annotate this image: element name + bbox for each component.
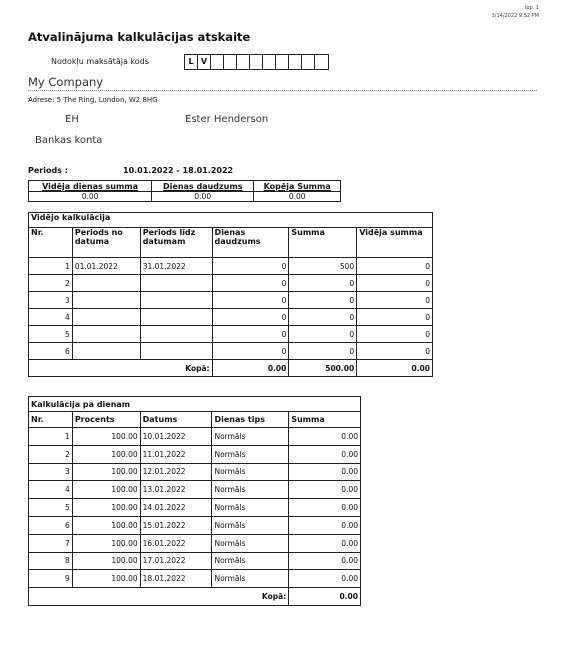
total-value: 0.00 [212, 360, 289, 377]
tax-code-box [237, 55, 250, 69]
table-cell: 0 [212, 309, 289, 326]
table-cell: 0 [357, 275, 433, 292]
column-header: Dienas daudzums [212, 228, 289, 258]
table-cell: Normāls [212, 481, 289, 499]
table-cell: Normāls [212, 499, 289, 517]
total-value: 0.00 [357, 360, 433, 377]
table-cell: Normāls [212, 463, 289, 481]
table-cell: 1 [29, 258, 73, 275]
table-row: 3000 [29, 292, 433, 309]
table-cell: 0.00 [289, 499, 361, 517]
table-cell: 0 [212, 343, 289, 360]
column-header: Nr. [29, 412, 73, 428]
table-cell [140, 292, 212, 309]
table-cell: 0 [289, 326, 357, 343]
bank-account-label: Bankas konta [35, 135, 102, 146]
tax-code-box [250, 55, 263, 69]
table-cell: 5 [29, 499, 73, 517]
table-cell [140, 309, 212, 326]
table-row: 6000 [29, 343, 433, 360]
table-cell: 8 [29, 552, 73, 570]
table-cell: 0.00 [289, 481, 361, 499]
summary-table: Vidēja dienas summa Dienas daudzums Kopē… [28, 180, 341, 202]
table-cell: 11.01.2022 [140, 445, 212, 463]
table-cell: 100.00 [72, 428, 140, 446]
table-cell: Normāls [212, 534, 289, 552]
table-cell: 0.00 [289, 534, 361, 552]
table-cell [72, 326, 140, 343]
column-header: Datums [140, 412, 212, 428]
total-label: Kopā: [29, 588, 289, 606]
table-cell: 0.00 [289, 570, 361, 588]
column-header: Vidēja summa [357, 228, 433, 258]
summary-header: Vidēja dienas summa [29, 181, 152, 192]
daily-calculation-table: Kalkulācija pa dienam Nr.ProcentsDatumsD… [28, 396, 361, 606]
table-cell: 17.01.2022 [140, 552, 212, 570]
table-row: 101.01.202231.01.202205000 [29, 258, 433, 275]
table-row: 8100.0017.01.2022Normāls0.00 [29, 552, 361, 570]
total-value: 500.00 [289, 360, 357, 377]
table-cell: 15.01.2022 [140, 516, 212, 534]
summary-value: 0.00 [152, 192, 254, 202]
summary-header: Kopēja Summa [254, 181, 341, 192]
dotted-divider [28, 90, 537, 91]
table-cell [72, 343, 140, 360]
table-cell: 18.01.2022 [140, 570, 212, 588]
table-cell [72, 292, 140, 309]
table-cell: 9 [29, 570, 73, 588]
table-cell: 100.00 [72, 534, 140, 552]
table-cell: 3 [29, 292, 73, 309]
print-timestamp: 3/14/2022 9:52 PM [492, 12, 539, 20]
table-cell: 100.00 [72, 499, 140, 517]
table-cell: Normāls [212, 570, 289, 588]
table-row: 4100.0013.01.2022Normāls0.00 [29, 481, 361, 499]
period-value: 10.01.2022 - 18.01.2022 [123, 166, 233, 175]
table-cell: 0 [289, 309, 357, 326]
table-cell: 500 [289, 258, 357, 275]
tax-code-box [224, 55, 237, 69]
table-cell: 0.00 [289, 516, 361, 534]
table-cell: 0 [357, 326, 433, 343]
section-title: Vidējo kalkulācija [29, 213, 433, 228]
table-cell: Normāls [212, 516, 289, 534]
table-cell: 0 [212, 326, 289, 343]
table-cell: 16.01.2022 [140, 534, 212, 552]
tax-code-box [276, 55, 289, 69]
column-header: Dienas tips [212, 412, 289, 428]
column-header: Summa [289, 228, 357, 258]
table-cell: 0 [357, 292, 433, 309]
table-cell: 01.01.2022 [72, 258, 140, 275]
table-cell: 1 [29, 428, 73, 446]
table-row: 9100.0018.01.2022Normāls0.00 [29, 570, 361, 588]
table-row: 3100.0012.01.2022Normāls0.00 [29, 463, 361, 481]
table-cell: 3 [29, 463, 73, 481]
table-cell: 14.01.2022 [140, 499, 212, 517]
tax-code-box: L [185, 55, 198, 69]
table-cell: 0 [289, 343, 357, 360]
table-cell: 100.00 [72, 481, 140, 499]
period-label: Periods : [28, 166, 68, 175]
column-header: Periods no datuma [72, 228, 140, 258]
table-cell: 100.00 [72, 516, 140, 534]
table-cell: 4 [29, 481, 73, 499]
table-cell: 100.00 [72, 463, 140, 481]
page-number: lpp. 1 [492, 4, 539, 12]
column-header: Procents [72, 412, 140, 428]
table-cell: 0 [357, 258, 433, 275]
table-cell: 0.00 [289, 463, 361, 481]
tax-code-box [302, 55, 315, 69]
table-cell: 2 [29, 275, 73, 292]
employee-initials: EH [65, 114, 79, 125]
table-cell: 7 [29, 534, 73, 552]
report-title: Atvalinājuma kalkulācijas atskaite [28, 30, 250, 44]
page-header: lpp. 1 3/14/2022 9:52 PM [492, 4, 539, 20]
table-row: 2100.0011.01.2022Normāls0.00 [29, 445, 361, 463]
summary-header: Dienas daudzums [152, 181, 254, 192]
table-cell: 0 [357, 309, 433, 326]
table-cell: Normāls [212, 552, 289, 570]
total-row: Kopā:0.00500.000.00 [29, 360, 433, 377]
table-cell: 100.00 [72, 445, 140, 463]
summary-value: 0.00 [254, 192, 341, 202]
section-title: Kalkulācija pa dienam [29, 397, 361, 412]
table-cell: 12.01.2022 [140, 463, 212, 481]
tax-code-label: Nodokļu maksātāja kods [51, 57, 149, 66]
table-cell: 0 [212, 275, 289, 292]
table-cell: 6 [29, 343, 73, 360]
table-row: 2000 [29, 275, 433, 292]
table-cell [140, 343, 212, 360]
table-cell: 10.01.2022 [140, 428, 212, 446]
table-row: 5000 [29, 326, 433, 343]
table-cell: Normāls [212, 445, 289, 463]
table-cell: 0 [357, 343, 433, 360]
table-cell: 100.00 [72, 552, 140, 570]
table-cell: 2 [29, 445, 73, 463]
table-cell: 5 [29, 326, 73, 343]
employee-name: Ester Henderson [185, 114, 268, 125]
summary-value: 0.00 [29, 192, 152, 202]
tax-code-boxes: LV [184, 54, 329, 70]
table-cell [140, 326, 212, 343]
column-header: Nr. [29, 228, 73, 258]
tax-code-box [315, 55, 328, 69]
column-header: Periods līdz datumam [140, 228, 212, 258]
table-row: 5100.0014.01.2022Normāls0.00 [29, 499, 361, 517]
tax-code-box [289, 55, 302, 69]
table-cell [140, 275, 212, 292]
table-cell: 0 [289, 292, 357, 309]
table-row: 1100.0010.01.2022Normāls0.00 [29, 428, 361, 446]
tax-code-box [263, 55, 276, 69]
total-label: Kopā: [29, 360, 213, 377]
table-row: 6100.0015.01.2022Normāls0.00 [29, 516, 361, 534]
table-cell: 0 [289, 275, 357, 292]
tax-code-box [211, 55, 224, 69]
table-cell: 0 [212, 292, 289, 309]
company-address: Adrese: 5 The Ring, London, W2 8HG [28, 96, 158, 104]
table-cell: 13.01.2022 [140, 481, 212, 499]
table-cell: 31.01.2022 [140, 258, 212, 275]
table-row: 4000 [29, 309, 433, 326]
table-cell: 0.00 [289, 428, 361, 446]
table-cell: 100.00 [72, 570, 140, 588]
average-calculation-table: Vidējo kalkulācija Nr.Periods no datumaP… [28, 212, 433, 377]
table-cell: Normāls [212, 428, 289, 446]
table-cell: 6 [29, 516, 73, 534]
table-cell [72, 309, 140, 326]
total-value: 0.00 [289, 588, 361, 606]
table-cell: 0.00 [289, 552, 361, 570]
company-name: My Company [28, 75, 103, 89]
total-row: Kopā:0.00 [29, 588, 361, 606]
tax-code-box: V [198, 55, 211, 69]
table-row: 7100.0016.01.2022Normāls0.00 [29, 534, 361, 552]
table-cell: 0.00 [289, 445, 361, 463]
table-cell [72, 275, 140, 292]
column-header: Summa [289, 412, 361, 428]
table-cell: 4 [29, 309, 73, 326]
table-cell: 0 [212, 258, 289, 275]
